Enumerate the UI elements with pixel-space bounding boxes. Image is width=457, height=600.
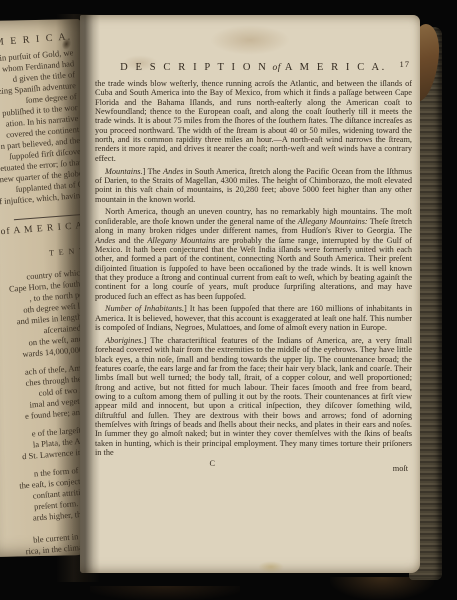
- catchword: moſt: [393, 464, 408, 473]
- left-page-text: M E R I C A. d in purſuit of Gold, wewho…: [0, 31, 92, 557]
- paragraph: North America, though an uneven country,…: [95, 207, 412, 300]
- section-rule: [14, 214, 86, 221]
- italic-text: Allegany Mountains:: [298, 217, 368, 226]
- book-scan-scene: M E R I C A. d in purſuit of Gold, wewho…: [0, 0, 457, 600]
- running-head: D E S C R I P T I O N of A M E R I C A. …: [95, 57, 412, 71]
- italic-text: Mountains.: [105, 167, 143, 176]
- paragraph: Mountains.] The Andes in South America, …: [95, 167, 412, 204]
- body-text: and the: [115, 236, 147, 245]
- page-footer: C moſt: [95, 458, 412, 480]
- left-page-lines: d in purſuit of Gold, wewhom Ferdinand h…: [0, 47, 92, 557]
- running-head-title-right: A M E R I C A.: [285, 62, 387, 73]
- italic-text: Andes: [163, 167, 183, 176]
- paper-stain: [258, 561, 284, 573]
- paragraph: Number of Inhabitants.] It has been ſupp…: [95, 304, 412, 332]
- body-text: the trade winds blow weſterly, thence ru…: [95, 79, 412, 163]
- italic-text: Number of Inhabitants.: [105, 304, 184, 313]
- paragraph: the trade winds blow weſterly, thence ru…: [95, 79, 412, 163]
- page-inner: D E S C R I P T I O N of A M E R I C A. …: [80, 15, 420, 480]
- page-body-text: the trade winds blow weſterly, thence ru…: [95, 79, 412, 457]
- italic-text: Aborigines.: [105, 336, 144, 345]
- signature-mark: C: [210, 459, 216, 468]
- body-text: ] The characteriſtical features of the I…: [95, 336, 412, 457]
- running-head-of: of: [272, 63, 280, 73]
- binding-shadow-right: [330, 577, 434, 600]
- italic-text: Allegany Mountains: [147, 236, 215, 245]
- paragraph: Aborigines.] The characteriſtical featur…: [95, 336, 412, 457]
- body-text: ] The: [143, 167, 163, 176]
- page-number: 17: [400, 59, 411, 69]
- italic-text: Andes: [95, 236, 115, 245]
- left-partial-page: M E R I C A. d in purſuit of Gold, wewho…: [0, 19, 92, 557]
- body-text: are probably the ſame range, interrupted…: [95, 236, 412, 301]
- binding-shadow-left: [90, 586, 240, 600]
- running-head-title-left: D E S C R I P T I O N: [120, 62, 268, 73]
- main-page: D E S C R I P T I O N of A M E R I C A. …: [80, 15, 420, 573]
